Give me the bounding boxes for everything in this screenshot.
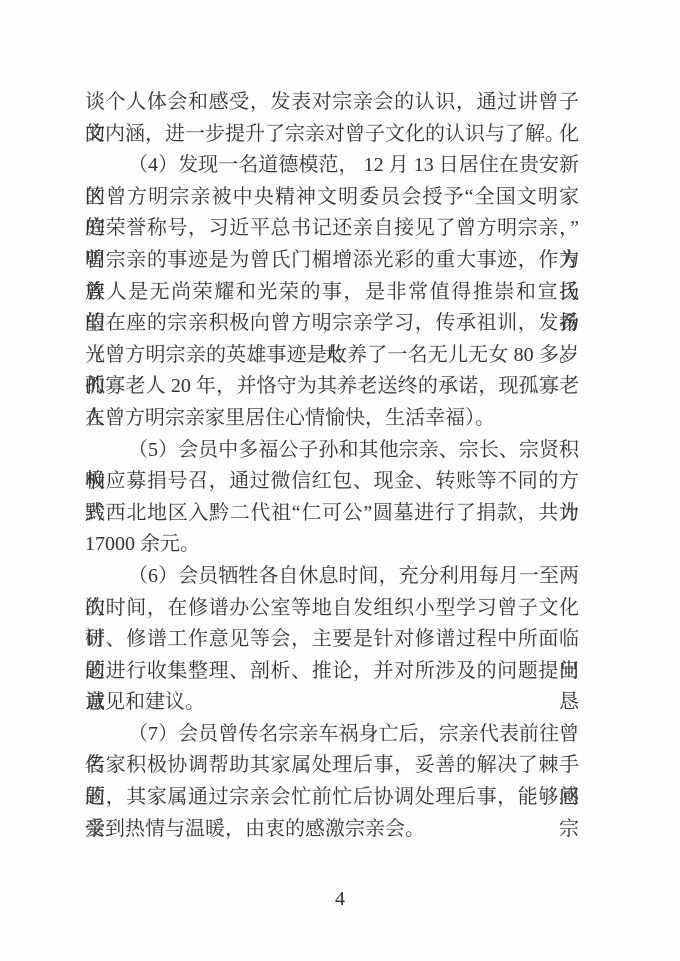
text-line: 名家积极协调帮助其家属处理后事，妥善的解决了棘手的问 [85, 750, 579, 782]
text-line: 的曾方明宗亲被中央精神文明委员会授予“全国文明家庭” [85, 182, 579, 214]
text-line: 在曾方明宗亲家里居住心情愉快，生活幸福）。 [85, 403, 579, 435]
text-line: 17000 余元。 [85, 529, 579, 561]
text-line: （曾方明宗亲的英雄事迹是收养了一名无儿无女 80 多岁的 [85, 340, 579, 372]
document-body: 谈个人体会和感受，发表对宗亲会的认识，通过讲曾子文化 的内涵，进一步提升了宗亲对… [85, 87, 579, 845]
text-line: 族人是无尚荣耀和光荣的事，是非常值得推崇和宣扬的，希 [85, 277, 579, 309]
document-page: 谈个人体会和感受，发表对宗亲会的认识，通过讲曾子文化 的内涵，进一步提升了宗亲对… [0, 0, 680, 961]
text-line: 的时间，在修谱办公室等地自发组织小型学习曾子文化研 [85, 593, 579, 625]
text-line: 谈个人体会和感受，发表对宗亲会的认识，通过讲曾子文化 [85, 87, 579, 119]
text-line: 讨、修谱工作意见等会，主要是针对修谱过程中所面临的问 [85, 624, 579, 656]
text-line: 的内涵，进一步提升了宗亲对曾子文化的认识与了解。 [85, 119, 579, 151]
text-line: （5）会员中多福公子孙和其他宗亲、宗长、宗贤积极 [85, 435, 579, 467]
text-line: 响应募捐号召，通过微信红包、现金、转账等不同的方式为 [85, 466, 579, 498]
text-line: 的荣誉称号，习近平总书记还亲自接见了曾方明宗亲，曾方 [85, 213, 579, 245]
page-number: 4 [0, 888, 680, 910]
text-line: （4）发现一名道德模范， 12 月 13 日居住在贵安新区 [85, 150, 579, 182]
text-line: （6）会员牺牲各自休息时间，充分利用每月一至两次 [85, 561, 579, 593]
text-line: 明宗亲的事迹是为曾氏门楣增添光彩的重大事迹，作为曾氏 [85, 245, 579, 277]
text-line: 望在座的宗亲积极向曾方明宗亲学习，传承祖训，发扬光大。 [85, 308, 579, 340]
text-line: （7）会员曾传名宗亲车祸身亡后，宗亲代表前往曾传 [85, 719, 579, 751]
text-line: 题，其家属通过宗亲会忙前忙后协调处理后事，能够感受宗 [85, 782, 579, 814]
text-line: 题进行收集整理、剖析、推论，并对所涉及的问题提出诚恳 [85, 656, 579, 688]
text-line: 孤寡老人 20 年，并恪守为其养老送终的承诺，现孤寡老人 [85, 371, 579, 403]
text-line: 黔西北地区入黔二代祖“仁可公”圆墓进行了捐款，共计 [85, 498, 579, 530]
